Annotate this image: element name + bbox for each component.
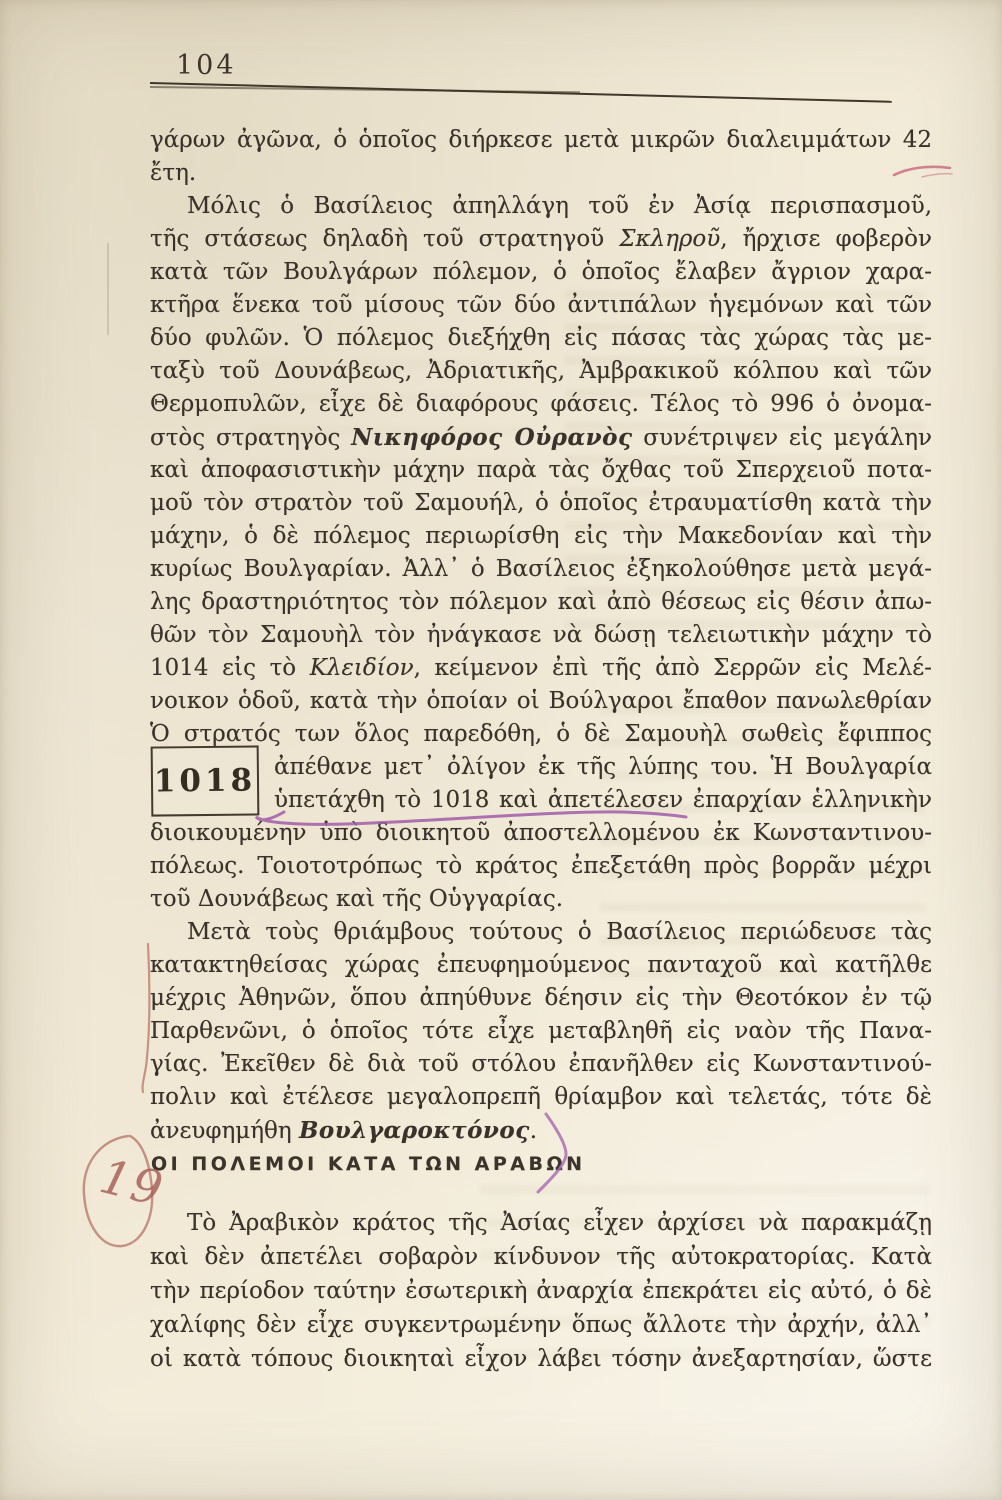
- section-heading: ΟΙ ΠΟΛΕΜΟΙ ΚΑΤΑ ΤΩΝ ΑΡΑΒΩΝ: [151, 1153, 586, 1175]
- text-line: πόλεως. Τοιοτοτρόπως τὸ κράτος ἐπεξετάθη…: [150, 850, 932, 883]
- text-line: μοῦ τὸν στρατὸν τοῦ Σαμουήλ, ὁ ὁποῖος ἐτ…: [150, 487, 932, 520]
- text-line: πολιν καὶ ἐτέλεσε μεγαλοπρεπῆ θρίαμβον κ…: [150, 1081, 932, 1114]
- text-line: κατὰ τῶν Βουλγάρων πόλεμον, ὁ ὁποῖος ἔλα…: [150, 256, 932, 289]
- text-line: δύο φυλῶν. Ὁ πόλεμος διεξήχθη εἰς πάσας …: [150, 322, 932, 355]
- text-line: διοικουμένην ὑπὸ διοικητοῦ ἀποστελλομένο…: [150, 817, 932, 850]
- text-line: καὶ δὲν ἀπετέλει σοβαρὸν κίνδυνον τῆς αὐ…: [150, 1240, 932, 1274]
- page-number: 104: [176, 50, 237, 81]
- text-line: Ὁ στρατός των ὅλος παρεδόθη, ὁ δὲ Σαμουὴ…: [150, 718, 932, 751]
- italic-name-skleros: Σκληροῦ: [619, 226, 720, 252]
- text-line: ἀπέθανε μετ᾽ ὀλίγον ἐκ τῆς λύπης του. Ἡ …: [150, 751, 932, 784]
- text-line: Παρθενῶνι, ὁ ὁποῖος τότε εἶχε μεταβληθῆ …: [150, 1015, 932, 1048]
- text-line: χαλίφης δὲν εἶχε συγκεντρωμένην ὅπως ἄλλ…: [150, 1308, 932, 1342]
- text-line: 1014 εἰς τὸ Κλειδίον, κείμενον ἐπὶ τῆς ἀ…: [150, 652, 932, 685]
- text-line: ἀνευφημήθη Βουλγαροκτόνος.: [150, 1114, 932, 1147]
- text-line: ταξὺ τοῦ Δουνάβεως, Ἀδριατικῆς, Ἀμβρακικ…: [150, 355, 932, 388]
- text-line: ἔτη.: [150, 157, 932, 190]
- section-body-text: Τὸ Ἀραβικὸν κράτος τῆς Ἀσίας εἶχεν ἀρχίσ…: [150, 1206, 932, 1376]
- text-line: οἱ κατὰ τόπους διοικηταὶ εἶχον λάβει τόσ…: [150, 1342, 932, 1376]
- paper-crease: [107, 243, 109, 335]
- text-line: τὴν περίοδον ταύτην ἐσωτερικὴ ἀναρχία ἐπ…: [150, 1274, 932, 1308]
- text-line: Τὸ Ἀραβικὸν κράτος τῆς Ἀσίας εἶχεν ἀρχίσ…: [150, 1206, 932, 1240]
- text-line: λης δραστηριότητος τὸν πόλεμον καὶ ἀπὸ θ…: [150, 586, 932, 619]
- margin-year-box: 1018: [151, 745, 260, 816]
- text-line: κτῆρα ἕνεκα τοῦ μίσους τῶν δύο ἀντιπάλων…: [150, 289, 932, 322]
- text-line: Θερμοπυλῶν, εἶχε δὲ διαφόρους φάσεις. Τέ…: [150, 388, 932, 421]
- text-line: γίας. Ἐκεῖθεν δὲ διὰ τοῦ στόλου ἐπανῆλθε…: [150, 1048, 932, 1081]
- text-line: τῆς στάσεως δηλαδὴ τοῦ στρατηγοῦ Σκληροῦ…: [150, 223, 932, 256]
- body-text: γάρων ἀγῶνα, ὁ ὁποῖος διήρκεσε μετὰ μικρ…: [150, 124, 932, 1147]
- header-rule: [150, 82, 892, 103]
- text-line: κυρίως Βουλγαρίαν. Ἀλλ᾽ ὁ Βασίλειος ἐξηκ…: [150, 553, 932, 586]
- italic-name-kleidion: Κλειδίον: [310, 655, 414, 681]
- text-line: κατακτηθείσας χώρας ἐπευφημούμενος παντα…: [150, 949, 932, 982]
- text-line: νοικον ὁδοῦ, κατὰ τὴν ὁποίαν οἱ Βούλγαρο…: [150, 685, 932, 718]
- text-line: στὸς στρατηγὸς Νικηφόρος Οὐρανὸς συνέτρι…: [150, 421, 932, 454]
- text-line: Μετὰ τοὺς θριάμβους τούτους ὁ Βασίλειος …: [150, 916, 932, 949]
- book-page: 104 γάρων ἀγῶνα, ὁ ὁποῖος διήρκεσε μετὰ …: [0, 0, 1002, 1500]
- text-line-underlined-1018: ὑπετάχθη τὸ 1018 καὶ ἀπετέλεσεν ἐπαρχίαν…: [150, 784, 932, 817]
- text-line: καὶ ἀποφασιστικὴν μάχην παρὰ τὰς ὄχθας τ…: [150, 454, 932, 487]
- text-line: μέχρις Ἀθηνῶν, ὅπου ἀπηύθυνε δέησιν εἰς …: [150, 982, 932, 1015]
- text-line: Μόλις ὁ Βασίλειος ἀπηλλάγη τοῦ ἐν Ἀσίᾳ π…: [150, 190, 932, 223]
- bold-name-nikephoros-ouranos: Νικηφόρος Οὐρανὸς: [351, 424, 632, 451]
- text-line: μάχην, ὁ δὲ πόλεμος περιωρίσθη εἰς τὴν Μ…: [150, 520, 932, 553]
- text-line: θῶν τὸν Σαμουὴλ τὸν ἠνάγκασε νὰ δώσῃ τελ…: [150, 619, 932, 652]
- bold-name-boulgaroktonos: Βουλγαροκτόνος: [299, 1117, 530, 1144]
- text-line: τοῦ Δουνάβεως καὶ τῆς Οὑγγαρίας.: [150, 883, 932, 916]
- text-line: γάρων ἀγῶνα, ὁ ὁποῖος διήρκεσε μετὰ μικρ…: [150, 124, 932, 157]
